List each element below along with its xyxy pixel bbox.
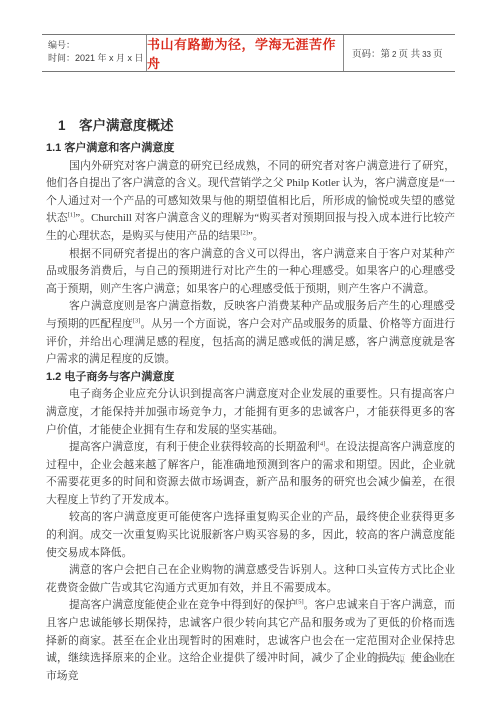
header-page-total: 33 <box>420 50 433 59</box>
document-body: 1 客户满意度概述 1.1 客户满意和客户满意度 国内外研究对客户满意的研究已经… <box>46 116 455 685</box>
header-info-cell: 编号： 时间：2021 年 x 月 x 日 <box>42 35 147 71</box>
paragraph-5: 提高客户满意度，有利于使企业获得较高的长期盈利[4]。在设法提高客户满意度的过程… <box>46 439 455 509</box>
paragraph-text: ”。 <box>248 230 264 242</box>
paragraph-1: 国内外研究对客户满意的研究已经成熟，不同的研究者对客户满意进行了研究，他们各自提… <box>46 158 455 246</box>
header-page-cell: 页码：第2页 共33页 <box>344 35 455 71</box>
document-page: 编号： 时间：2021 年 x 月 x 日 书山有路勤为径，学海无涯苦作舟 页码… <box>0 0 500 707</box>
paragraph-3: 客户满意度则是客户满意指数，反映客户消费某种产品或服务后产生的心理感受与预期的匹… <box>46 298 455 368</box>
paragraph-2: 根据不同研究者提出的客户满意的含义可以得出，客户满意来自于客户对某种产品或服务消… <box>46 246 455 299</box>
header-number-label: 编号： <box>48 39 146 52</box>
header-page-prefix: 页码：第 <box>352 46 390 60</box>
header-motto-cell: 书山有路勤为径，学海无涯苦作舟 <box>147 35 344 71</box>
document-header: 编号： 时间：2021 年 x 月 x 日 书山有路勤为径，学海无涯苦作舟 页码… <box>42 34 455 72</box>
footer-page-number: 第 2 页 共 33 页 <box>372 652 450 665</box>
footer-suffix: 页 <box>440 654 450 664</box>
paragraph-text: 。客户忠诚来自于客户满意，而且客户忠诚能够长期保持，忠诚客户很少转向其它产品和服… <box>46 599 455 681</box>
paragraph-6: 较高的客户满意度更可能使客户选择重复购买企业的产品，最终使企业获得更多的利润。成… <box>46 509 455 562</box>
section-heading-1: 1 客户满意度概述 <box>46 116 455 136</box>
paragraph-text: 提高客户满意度能使企业在竞争中得到好的保护 <box>69 599 296 611</box>
paragraph-8: 提高客户满意度能使企业在竞争中得到好的保护[5]。客户忠诚来自于客户满意，而且客… <box>46 597 455 685</box>
paragraph-4: 电子商务企业应充分认识到提高客户满意度对企业发展的重要性。只有提高客户满意度，才… <box>46 386 455 439</box>
header-page-suffix: 页 <box>433 46 443 60</box>
section-heading-1-1: 1.1 客户满意和客户满意度 <box>46 140 455 158</box>
citation-ref-2: [2] <box>240 229 248 236</box>
section-heading-1-2: 1.2 电子商务与客户满意度 <box>46 369 455 387</box>
footer-current-page: 2 <box>386 655 393 664</box>
header-page-current: 2 <box>390 50 398 59</box>
paragraph-text: 提高客户满意度，有利于使企业获得较高的长期盈利 <box>69 441 318 453</box>
paragraph-7: 满意的客户会把自己在企业购物的满意感受告诉别人。这种口头宣传方式比企业花费资金做… <box>46 562 455 597</box>
footer-mid: 页 共 <box>397 654 421 664</box>
citation-ref-5: [5] <box>296 599 304 606</box>
footer-prefix: 第 <box>372 654 382 664</box>
header-date-label: 时间：2021 年 x 月 x 日 <box>48 52 146 65</box>
header-motto-text: 书山有路勤为径，学海无涯苦作舟 <box>147 34 343 72</box>
footer-total-pages: 33 <box>424 655 437 664</box>
header-page-mid: 页 共 <box>398 46 420 60</box>
